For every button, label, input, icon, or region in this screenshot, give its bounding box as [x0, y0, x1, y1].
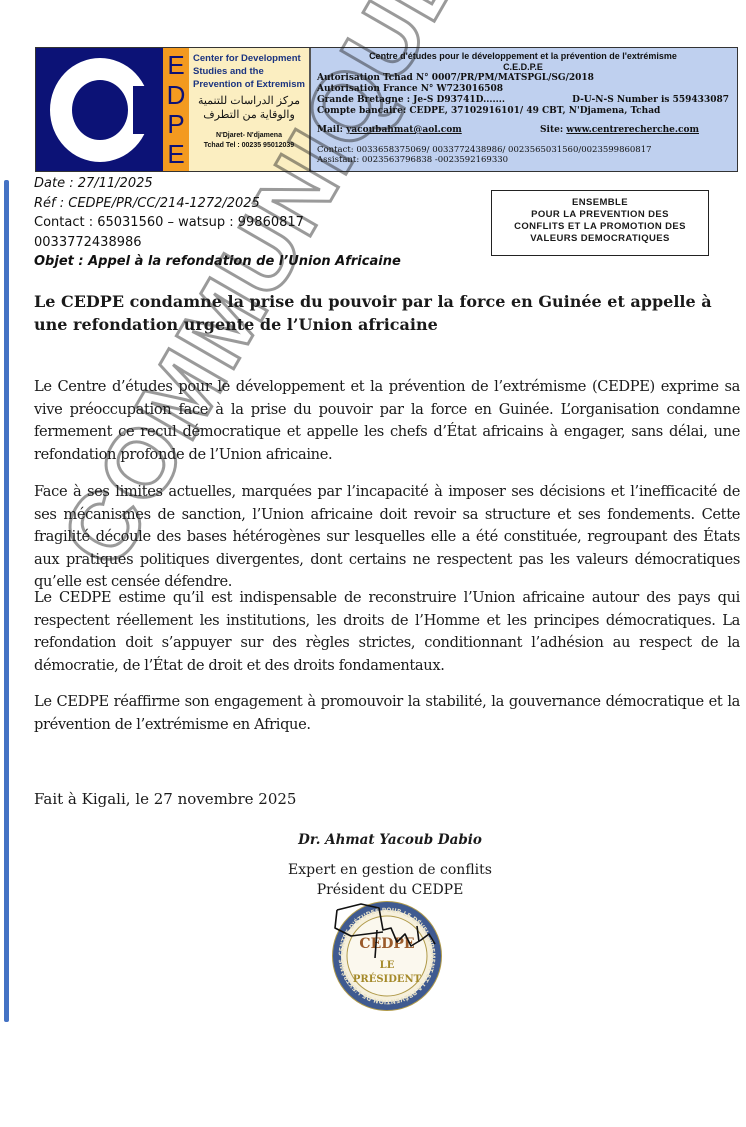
assistant-numbers: Assistant: 0023563796838 -0023592169330: [317, 155, 729, 165]
mail-link[interactable]: yacoubahmat@aol.com: [346, 125, 462, 135]
logo-letter: E: [167, 141, 184, 167]
org-address: N'Djaret- N'djamena Tchad Tel : 00235 95…: [193, 131, 305, 151]
doc-subject: Objet : Appel à la refondation de l’Unio…: [34, 252, 401, 272]
signatory-name: Dr. Ahmat Yacoub Dabio: [290, 832, 490, 848]
logo-letters: E D P E: [163, 48, 189, 171]
letterhead: E D P E Center for Development Studies a…: [35, 47, 738, 172]
letterhead-info: Centre d'études pour le développement et…: [309, 48, 737, 171]
site-link[interactable]: www.centrerecherche.com: [566, 125, 699, 135]
signatory-title: Expert en gestion de conflits Président …: [270, 860, 510, 900]
margin-bar: [4, 180, 9, 1022]
svg-text:LE: LE: [380, 960, 395, 971]
doc-date: Date : 27/11/2025: [34, 174, 401, 194]
paragraph: Face à ses limites actuelles, marquées p…: [34, 481, 740, 594]
contact-numbers: Contact: 0033658375069/ 0033772438986/ 0…: [317, 145, 729, 165]
logo-letter: E: [167, 52, 184, 78]
headline: Le CEDPE condamne la prise du pouvoir pa…: [34, 290, 740, 336]
doc-phone: 0033772438986: [34, 233, 401, 253]
logo-letter: D: [167, 82, 186, 108]
logo-text-panel: Center for Development Studies and the P…: [189, 48, 309, 171]
duns-number: D-U-N-S Number is 559433087: [572, 95, 729, 106]
svg-text:PRÉSIDENT: PRÉSIDENT: [353, 973, 422, 985]
motto-box: ENSEMBLE POUR LA PREVENTION DES CONFLITS…: [491, 190, 709, 256]
compte-bancaire: Compte bancaire: CEDPE, 37102916101/ 49 …: [317, 106, 729, 117]
grande-bretagne-row: Grande Bretagne : Je-S D93741D....... D-…: [317, 95, 729, 106]
doc-contact: Contact : 65031560 – watsup : 99860817: [34, 213, 401, 233]
place-date: Fait à Kigali, le 27 novembre 2025: [34, 790, 296, 808]
autorisation-france: Autorisation France N° W723016508: [317, 84, 729, 95]
mail-site-row: Mail: yacoubahmat@aol.com Site: www.cent…: [317, 125, 729, 136]
official-stamp: CENTRE D'ÉTUDES POUR LE DÉVELOPPEMENT ET…: [331, 900, 443, 1012]
paragraph: Le Centre d’études pour le développement…: [34, 376, 740, 466]
org-name-en: Center for Development Studies and the P…: [193, 52, 305, 91]
paragraph: Le CEDPE réaffirme son engagement à prom…: [34, 691, 740, 736]
org-name-ar: مركز الدراسات للتنمية والوقاية من التطرف: [193, 94, 305, 122]
doc-reference: Réf : CEDPE/PR/CC/214-1272/2025: [34, 194, 401, 214]
logo-letter: P: [167, 111, 184, 137]
stamp-center-text: CEDPE: [359, 936, 414, 952]
info-acronym: C.E.D.P.E: [317, 62, 729, 73]
reference-block: Date : 27/11/2025 Réf : CEDPE/PR/CC/214-…: [34, 174, 401, 272]
info-title: Centre d'études pour le développement et…: [317, 51, 729, 62]
logo-c-mark: [36, 48, 163, 171]
paragraph: Le CEDPE estime qu’il est indispensable …: [34, 587, 740, 677]
autorisation-tchad: Autorisation Tchad N° 0007/PR/PM/MATSPGL…: [317, 73, 729, 84]
